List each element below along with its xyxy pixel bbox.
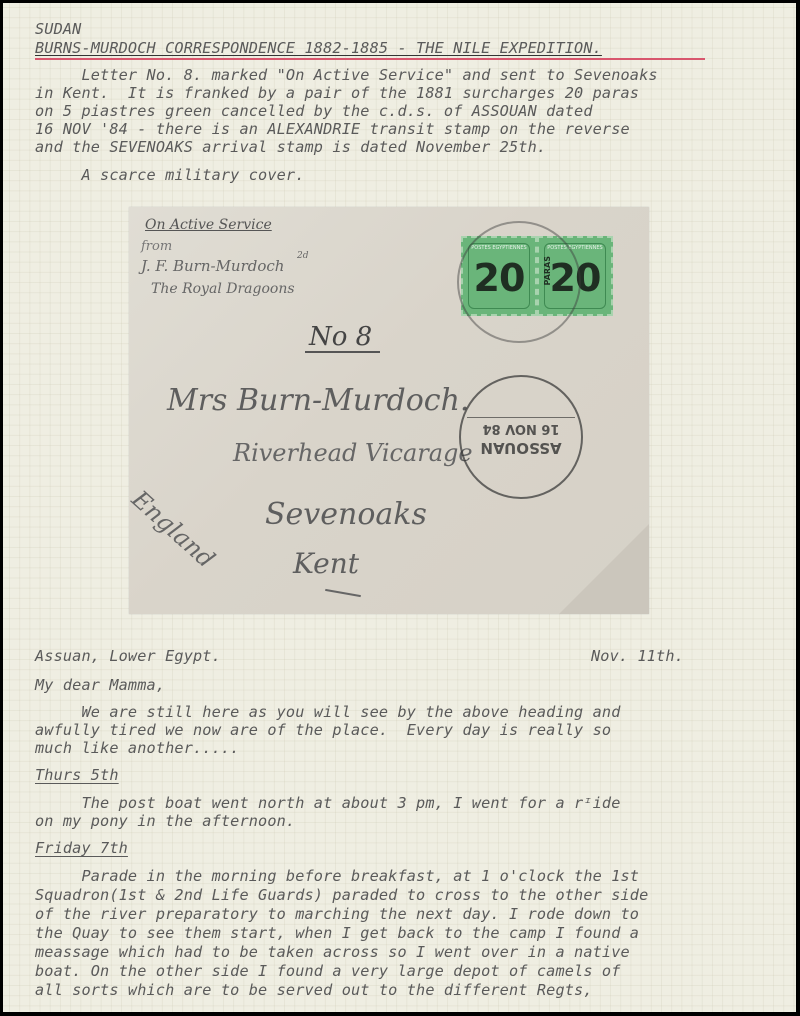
postmark-date: 16 NOV 84 [461, 421, 581, 436]
letter-line: We are still here as you will see by the… [35, 704, 621, 721]
county-underline [325, 589, 361, 597]
letter-salutation: My dear Mamma, [35, 677, 165, 694]
stamp-cancel-postmark [457, 221, 581, 343]
description-line: Letter No. 8. marked "On Active Service"… [35, 67, 658, 84]
postmark-town: ASSOUAN [461, 439, 581, 457]
letter-line: Squadron(1st & 2nd Life Guards) paraded … [35, 887, 648, 904]
letter-number: No 8 [305, 323, 380, 353]
description-line: on 5 piastres green cancelled by the c.d… [35, 103, 593, 120]
sender-regiment: The Royal Dragoons [151, 281, 295, 297]
sender-superscript: 2d [297, 251, 309, 261]
sender-from: from [141, 239, 172, 254]
letter-line: the Quay to see them start, when I get b… [35, 925, 639, 942]
letter-line: The post boat went north at about 3 pm, … [35, 795, 621, 812]
letter-line: on my pony in the afternoon. [35, 813, 295, 830]
letter-line: boat. On the other side I found a very l… [35, 963, 621, 980]
address-county: Kent [293, 547, 359, 580]
letter-line: meassage which had to be taken across so… [35, 944, 630, 961]
address-house: Riverhead Vicarage [233, 439, 473, 467]
letter-line: all sorts which are to be served out to … [35, 982, 593, 999]
letter-line: of the river preparatory to marching the… [35, 906, 639, 923]
entry-heading: Friday 7th [35, 840, 128, 857]
address-town: Sevenoaks [265, 497, 427, 532]
envelope-flap-corner [559, 524, 649, 614]
letter-line: Parade in the morning before breakfast, … [35, 868, 639, 885]
envelope-cover: On Active Service from J. F. Burn-Murdoc… [129, 207, 649, 614]
description-note: A scarce military cover. [35, 167, 305, 184]
letter-line: awfully tired we now are of the place. E… [35, 722, 611, 739]
entry-heading: Thurs 5th [35, 767, 119, 784]
letter-date: Nov. 11th. [591, 648, 684, 665]
letter-line: much like another..... [35, 740, 239, 757]
description-line: and the SEVENOAKS arrival stamp is dated… [35, 139, 546, 156]
sender-name: J. F. Burn-Murdoch [141, 257, 284, 275]
address-recipient: Mrs Burn-Murdoch. [167, 383, 469, 418]
title-red-rule [35, 58, 705, 60]
address-country: England [126, 485, 220, 573]
description-line: 16 NOV '84 - there is an ALEXANDRIE tran… [35, 121, 630, 138]
country-heading: SUDAN [35, 21, 81, 38]
letter-place: Assuan, Lower Egypt. [35, 648, 221, 665]
description-line: in Kent. It is franked by a pair of the … [35, 85, 639, 102]
on-active-service-endorsement: On Active Service [145, 217, 272, 233]
album-page: SUDAN BURNS-MURDOCH CORRESPONDENCE 1882-… [3, 3, 796, 1012]
assouan-postmark: 16 NOV 84 ASSOUAN [459, 375, 583, 499]
page-title: BURNS-MURDOCH CORRESPONDENCE 1882-1885 -… [35, 40, 602, 57]
